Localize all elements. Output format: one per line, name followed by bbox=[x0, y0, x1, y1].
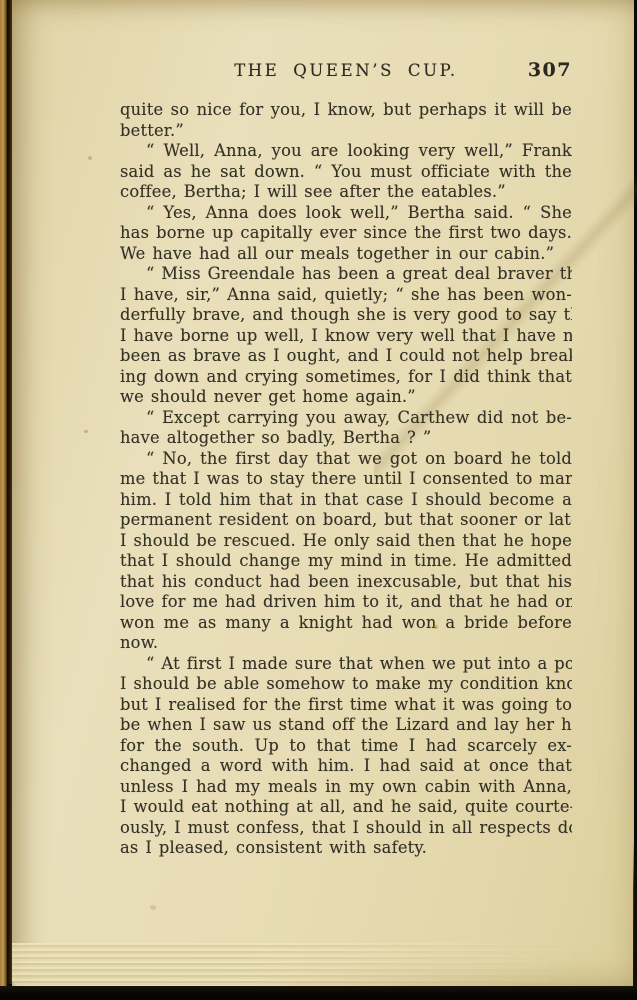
text-line: better.” bbox=[120, 121, 572, 142]
text-line: me that I was to stay there until I cons… bbox=[120, 469, 572, 490]
paragraph: “ Except carrying you away, Carthew did … bbox=[120, 408, 572, 449]
text-line: won me as many a knight had won a bride … bbox=[120, 613, 572, 634]
paragraph: “ Well, Anna, you are looking very well,… bbox=[120, 141, 572, 203]
adjacent-page-edge bbox=[0, 0, 7, 988]
text-line: coffee, Bertha; I will see after the eat… bbox=[120, 182, 572, 203]
text-line: have altogether so badly, Bertha ? ” bbox=[120, 428, 572, 449]
text-line: unless I had my meals in my own cabin wi… bbox=[120, 777, 572, 798]
text-line: love for me had driven him to it, and th… bbox=[120, 592, 572, 613]
text-line: that I should change my mind in time. He… bbox=[120, 551, 572, 572]
text-line: has borne up capitally ever since the fi… bbox=[120, 223, 572, 244]
text-line: as I pleased, consistent with safety. bbox=[120, 838, 572, 859]
text-line: I would eat nothing at all, and he said,… bbox=[120, 797, 572, 818]
stacked-page-edges bbox=[12, 943, 612, 987]
paragraph: “ No, the first day that we got on board… bbox=[120, 449, 572, 654]
text-line: derfully brave, and though she is very g… bbox=[120, 305, 572, 326]
running-title: THE QUEEN’S CUP. bbox=[120, 61, 572, 80]
paragraph: quite so nice for you, I know, but perha… bbox=[120, 100, 572, 141]
text-line: we should never get home again.” bbox=[120, 387, 572, 408]
text-line: “ No, the first day that we got on board… bbox=[120, 449, 572, 470]
page-header: THE QUEEN’S CUP. 307 bbox=[120, 61, 572, 83]
text-line: “ Yes, Anna does look well,” Bertha said… bbox=[120, 203, 572, 224]
text-line: “ Except carrying you away, Carthew did … bbox=[120, 408, 572, 429]
text-line: said as he sat down. “ You must officiat… bbox=[120, 162, 572, 183]
text-line: “ Well, Anna, you are looking very well,… bbox=[120, 141, 572, 162]
page-text: quite so nice for you, I know, but perha… bbox=[120, 100, 572, 859]
text-line: ously, I must confess, that I should in … bbox=[120, 818, 572, 839]
text-line: but I realised for the first time what i… bbox=[120, 695, 572, 716]
text-line: quite so nice for you, I know, but perha… bbox=[120, 100, 572, 121]
text-line: been as brave as I ought, and I could no… bbox=[120, 346, 572, 367]
paragraph: “ Miss Greendale has been a great deal b… bbox=[120, 264, 572, 408]
paragraph: “ Yes, Anna does look well,” Bertha said… bbox=[120, 203, 572, 265]
text-line: him. I told him that in that case I shou… bbox=[120, 490, 572, 511]
text-line: that his conduct had been inexcusable, b… bbox=[120, 572, 572, 593]
text-line: I have, sir,” Anna said, quietly; “ she … bbox=[120, 285, 572, 306]
text-line: I should be able somehow to make my cond… bbox=[120, 674, 572, 695]
text-line: be when I saw us stand off the Lizard an… bbox=[120, 715, 572, 736]
text-line: “ At first I made sure that when we put … bbox=[120, 654, 572, 675]
page-right-edge-shadow bbox=[633, 840, 637, 1000]
book-scan: THE QUEEN’S CUP. 307 quite so nice for y… bbox=[0, 0, 637, 1000]
text-line: I should be rescued. He only said then t… bbox=[120, 531, 572, 552]
text-line: changed a word with him. I had said at o… bbox=[120, 756, 572, 777]
book-page: THE QUEEN’S CUP. 307 quite so nice for y… bbox=[12, 0, 634, 986]
page-number: 307 bbox=[528, 59, 572, 81]
text-line: for the south. Up to that time I had sca… bbox=[120, 736, 572, 757]
text-line: I have borne up well, I know very well t… bbox=[120, 326, 572, 347]
text-line: now. bbox=[120, 633, 572, 654]
text-line: permanent resident on board, but that so… bbox=[120, 510, 572, 531]
text-line: We have had all our meals together in ou… bbox=[120, 244, 572, 265]
text-line: ing down and crying sometimes, for I did… bbox=[120, 367, 572, 388]
text-line: “ Miss Greendale has been a great deal b… bbox=[120, 264, 572, 285]
paragraph: “ At first I made sure that when we put … bbox=[120, 654, 572, 859]
scan-background-bottom bbox=[0, 986, 637, 1000]
